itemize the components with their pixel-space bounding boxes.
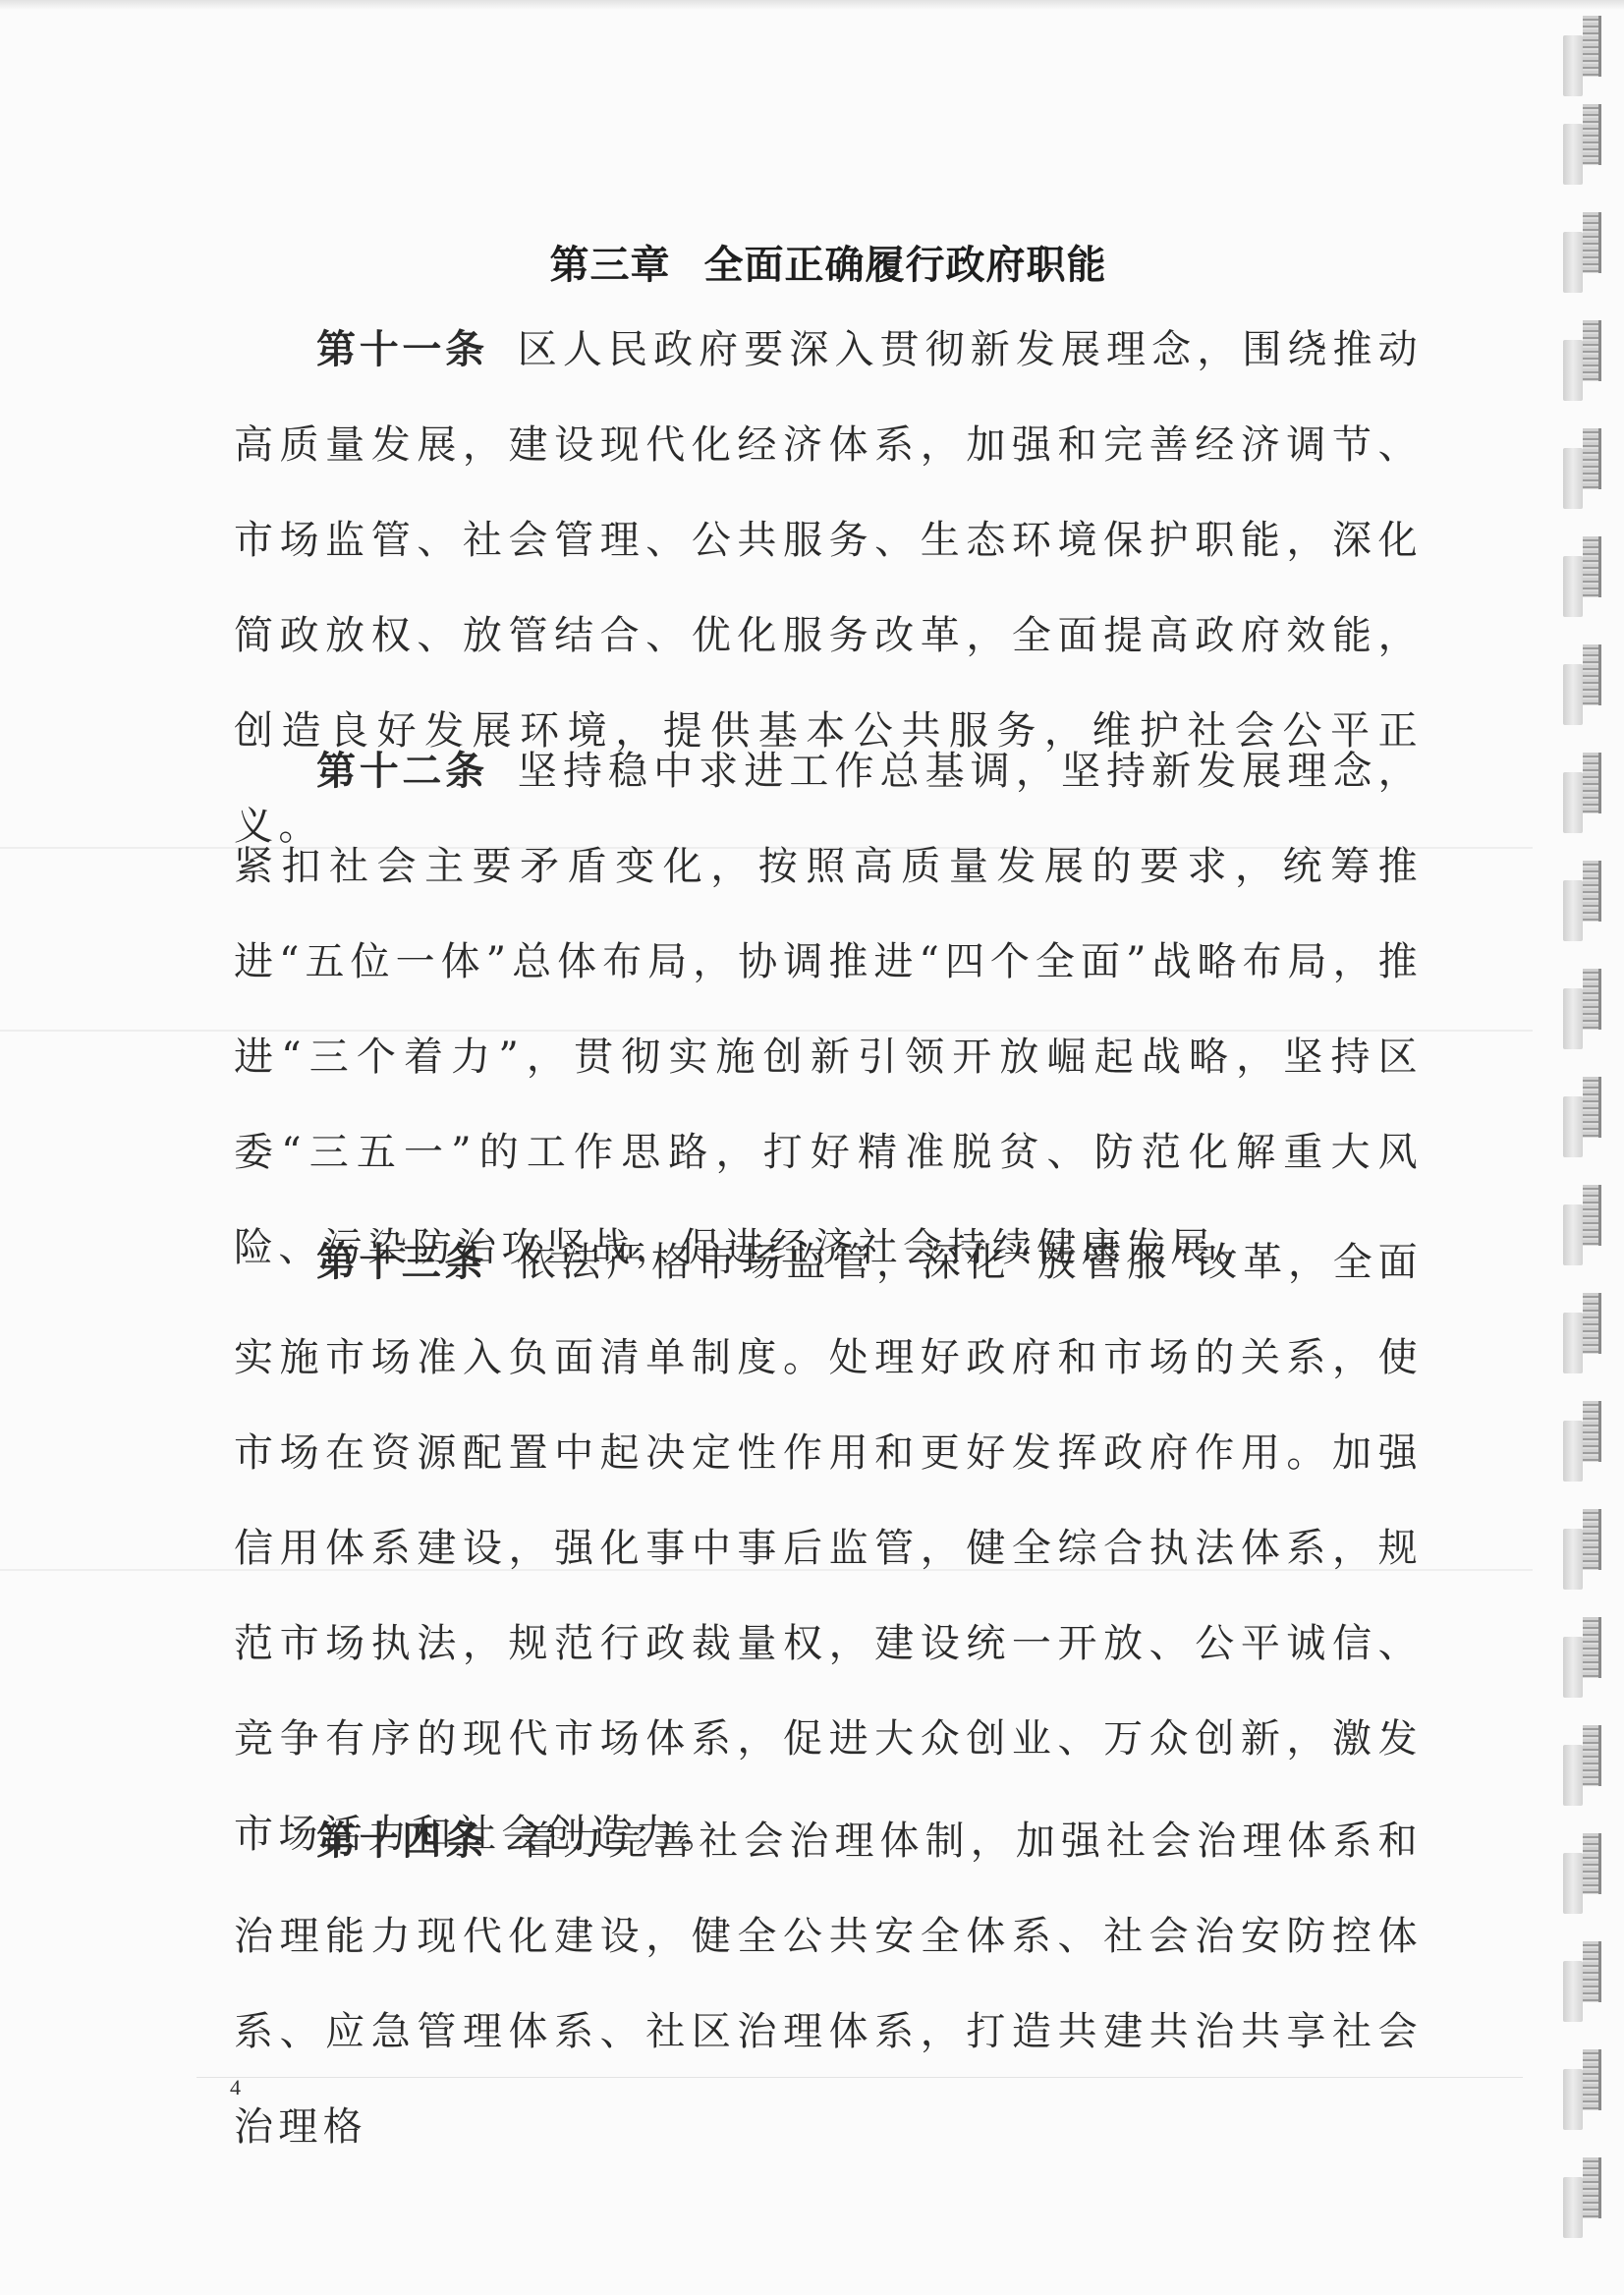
article-label: 第十三条: [316, 1240, 487, 1285]
article-label: 第十一条: [316, 327, 488, 372]
chapter-number: 第三章: [550, 243, 671, 288]
article-label: 第十二条: [316, 749, 488, 794]
article-label: 第十四条: [316, 1819, 488, 1864]
chapter-title: 全面正确履行政府职能: [704, 243, 1107, 288]
article-text: 着力完善社会治理体制，加强社会治理体系和治理能力现代化建设，健全公共安全体系、社…: [234, 1819, 1423, 2150]
chapter-heading: 第三章全面正确履行政府职能: [234, 234, 1423, 290]
article-text: 依法严格市场监管，深化“放管服”改革，全面实施市场准入负面清单制度。处理好政府和…: [234, 1240, 1423, 1857]
scan-top-shadow: [0, 0, 1624, 10]
page-number: 4: [230, 2075, 241, 2100]
footer-divider: [196, 2077, 1523, 2078]
article-14: 第十四条着力完善社会治理体制，加强社会治理体系和治理能力现代化建设，健全公共安全…: [234, 1794, 1423, 2175]
article-text: 坚持稳中求进工作总基调，坚持新发展理念，紧扣社会主要矛盾变化，按照高质量发展的要…: [234, 749, 1423, 1270]
article-13: 第十三条依法严格市场监管，深化“放管服”改革，全面实施市场准入负面清单制度。处理…: [234, 1215, 1423, 1882]
article-12: 第十二条坚持稳中求进工作总基调，坚持新发展理念，紧扣社会主要矛盾变化，按照高质量…: [234, 724, 1423, 1296]
